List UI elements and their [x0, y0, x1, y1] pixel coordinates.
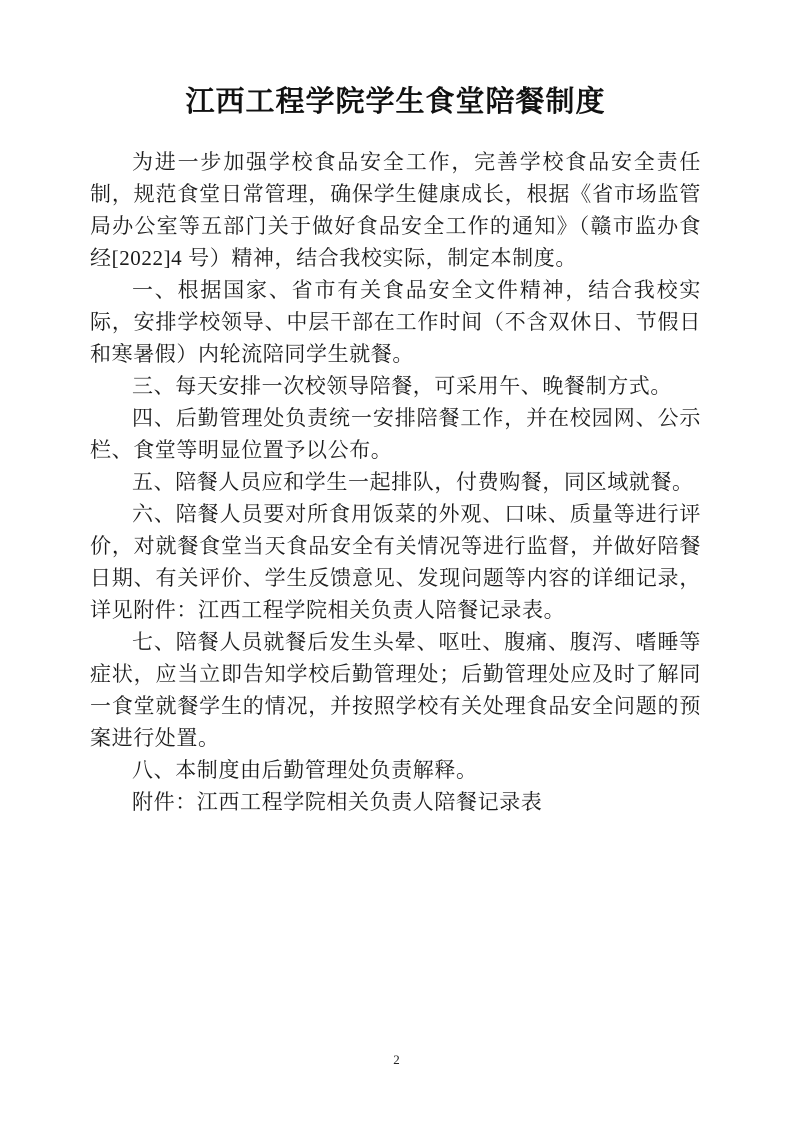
page-number: 2	[0, 1052, 793, 1068]
document-page: 江西工程学院学生食堂陪餐制度 为进一步加强学校食品安全工作，完善学校食品安全责任…	[0, 0, 793, 1122]
paragraph-attachment: 附件：江西工程学院相关负责人陪餐记录表	[90, 786, 701, 818]
paragraph-item-5: 五、陪餐人员应和学生一起排队，付费购餐，同区域就餐。	[90, 466, 701, 498]
document-title: 江西工程学院学生食堂陪餐制度	[90, 82, 701, 122]
paragraph-item-7: 七、陪餐人员就餐后发生头晕、呕吐、腹痛、腹泻、嗜睡等症状，应当立即告知学校后勤管…	[90, 626, 701, 754]
paragraph-item-6: 六、陪餐人员要对所食用饭菜的外观、口味、质量等进行评价，对就餐食堂当天食品安全有…	[90, 498, 701, 626]
document-content: 江西工程学院学生食堂陪餐制度 为进一步加强学校食品安全工作，完善学校食品安全责任…	[90, 0, 701, 818]
paragraph-intro: 为进一步加强学校食品安全工作，完善学校食品安全责任制，规范食堂日常管理，确保学生…	[90, 146, 701, 274]
paragraph-item-4: 四、后勤管理处负责统一安排陪餐工作，并在校园网、公示栏、食堂等明显位置予以公布。	[90, 402, 701, 466]
paragraph-item-8: 八、本制度由后勤管理处负责解释。	[90, 754, 701, 786]
document-body: 为进一步加强学校食品安全工作，完善学校食品安全责任制，规范食堂日常管理，确保学生…	[90, 146, 701, 818]
paragraph-item-3: 三、每天安排一次校领导陪餐，可采用午、晚餐制方式。	[90, 370, 701, 402]
paragraph-item-1: 一、根据国家、省市有关食品安全文件精神，结合我校实际，安排学校领导、中层干部在工…	[90, 274, 701, 370]
